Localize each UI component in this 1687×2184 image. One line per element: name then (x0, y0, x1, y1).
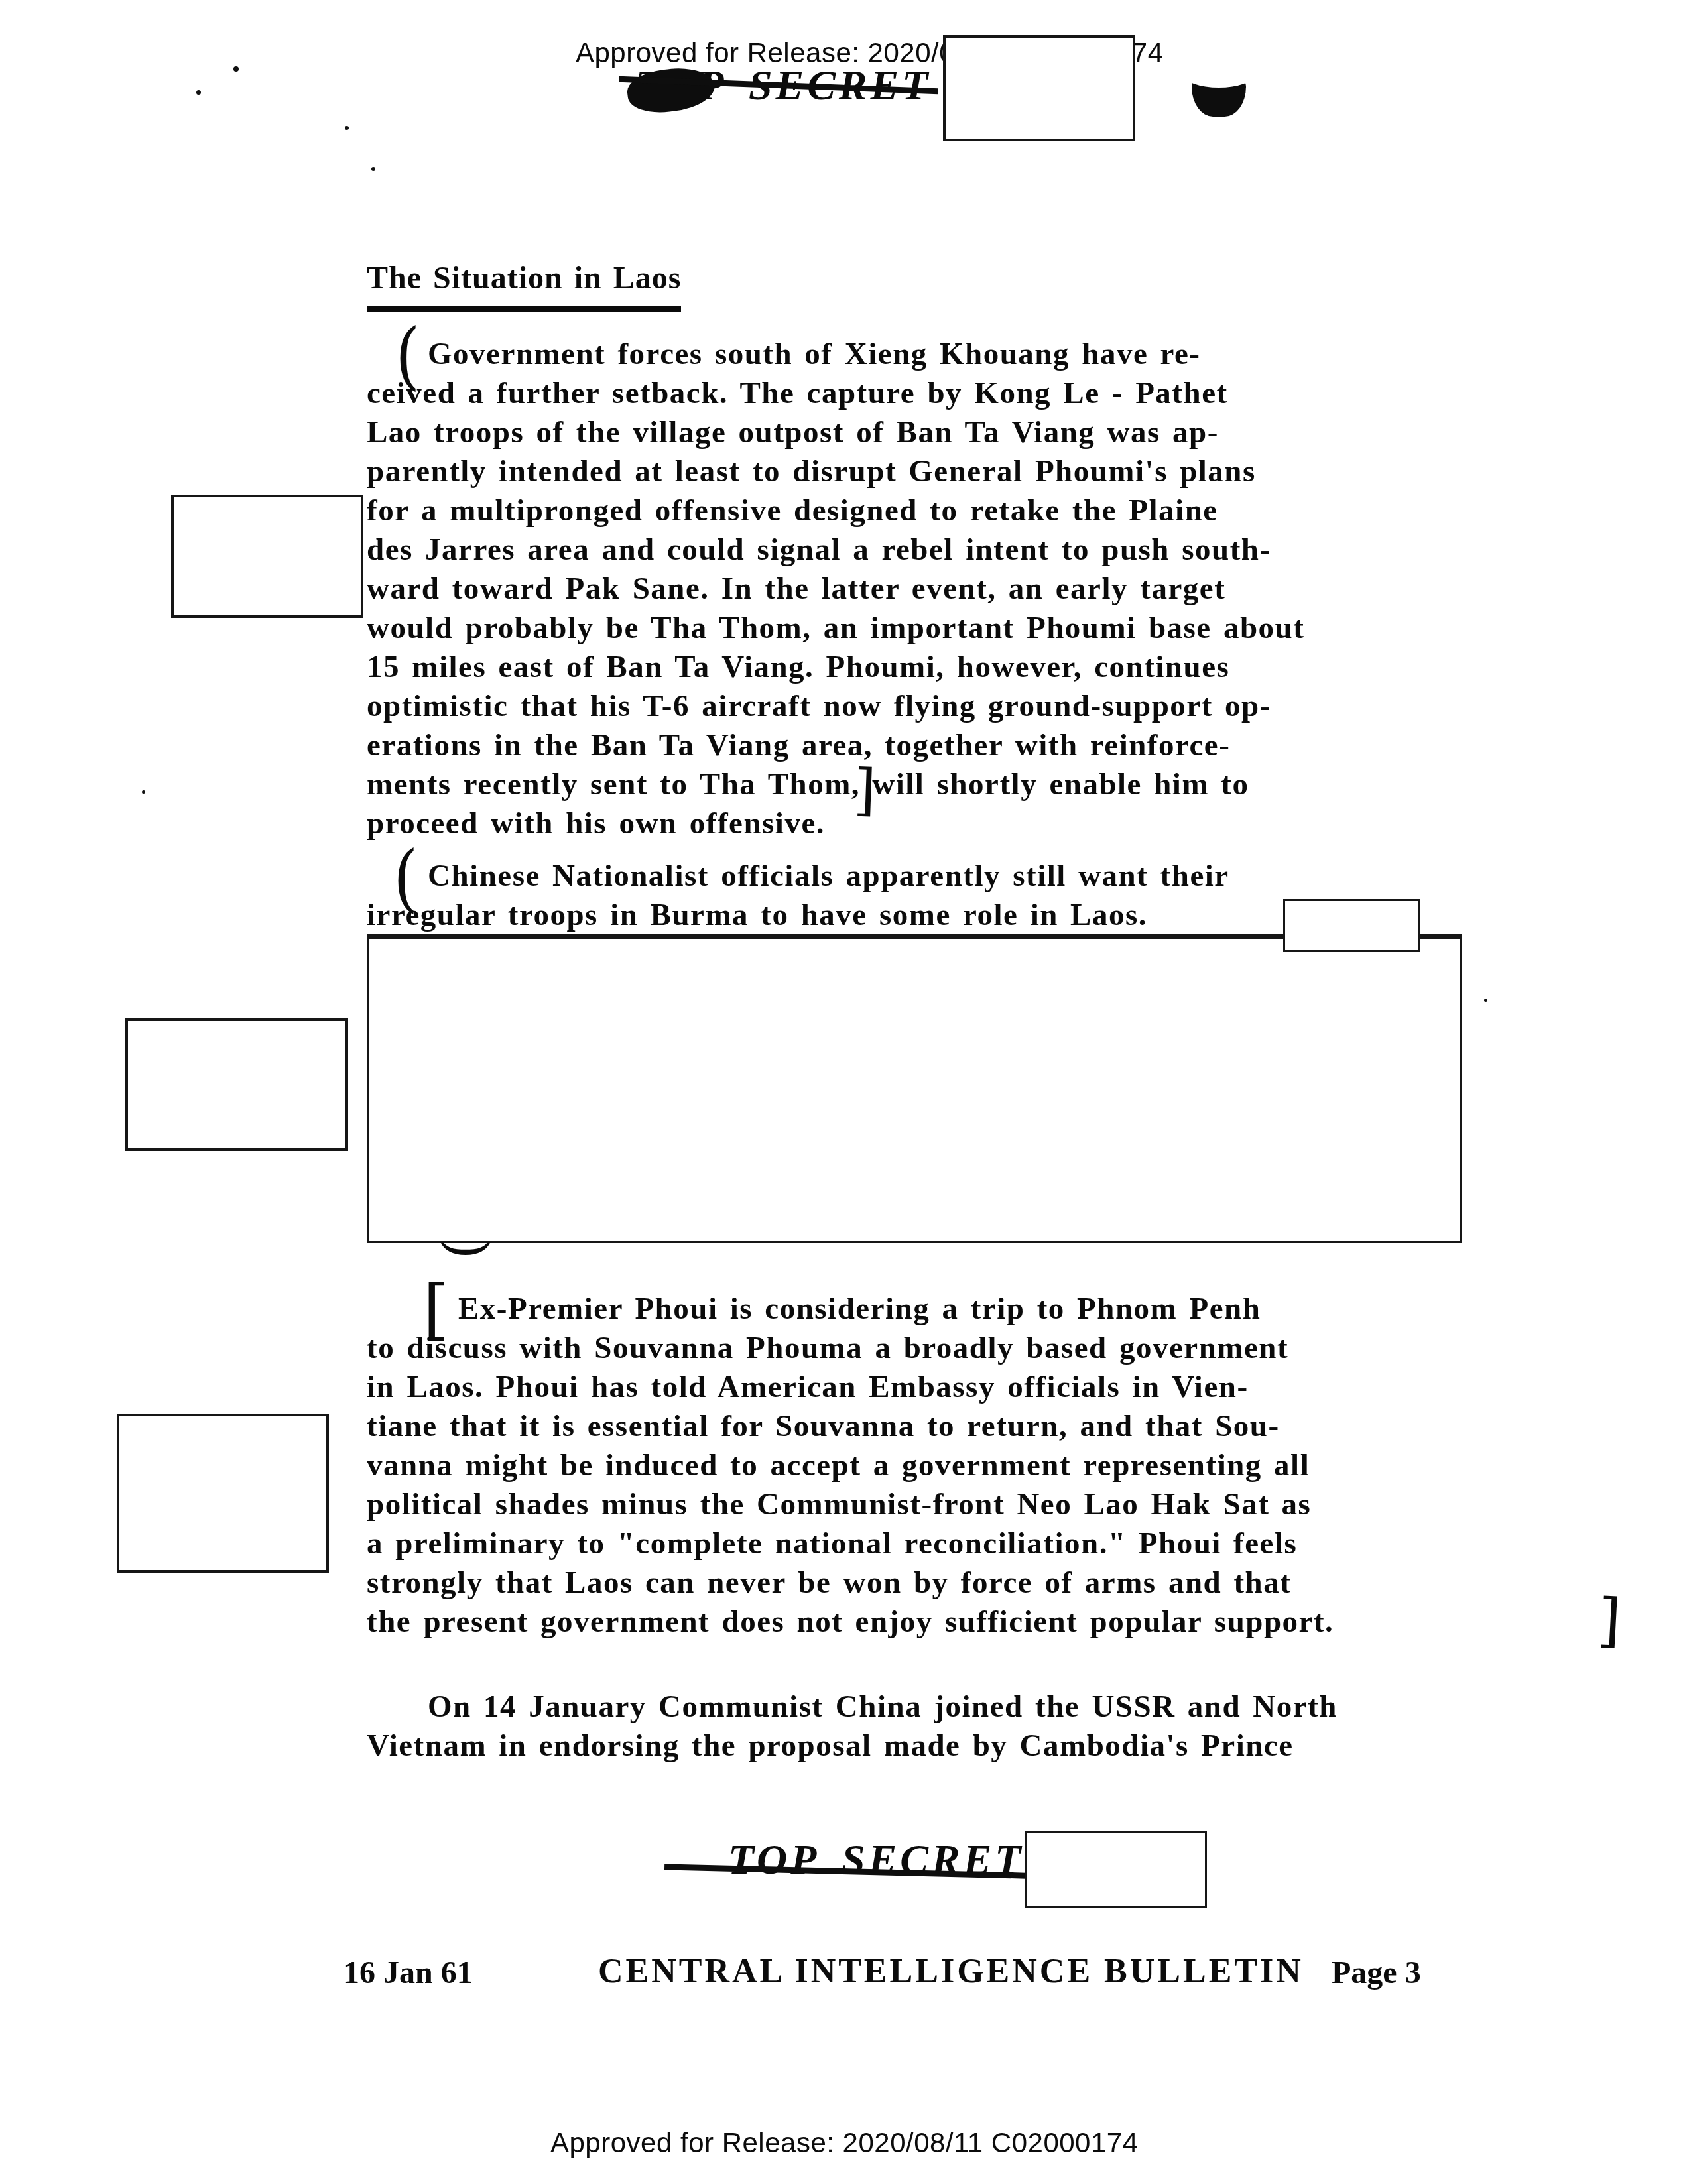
scan-artifact-dot (196, 90, 201, 95)
body-line: ceived a further setback. The capture by… (367, 374, 1304, 413)
footer-page-number: Page 3 (1332, 1955, 1421, 1991)
body-line: to discuss with Souvanna Phouma a broadl… (367, 1329, 1334, 1368)
body-line: 15 miles east of Ban Ta Viang. Phoumi, h… (367, 648, 1304, 687)
redaction-box-top-right (943, 35, 1135, 141)
body-line: vanna might be induced to accept a gover… (367, 1446, 1334, 1485)
body-line: Chinese Nationalist officials apparently… (367, 857, 1229, 896)
body-line: proceed with his own offensive. (367, 804, 1304, 843)
body-line: des Jarres area and could signal a rebel… (367, 530, 1304, 570)
body-line-underlined: irregular troops in Burma to have some r… (367, 896, 1229, 935)
body-line: Vietnam in endorsing the proposal made b… (367, 1727, 1338, 1766)
scan-artifact-dot (1484, 999, 1487, 1002)
redaction-box-small-right (1283, 899, 1420, 952)
body-line: ments recently sent to Tha Thom, will sh… (367, 765, 1304, 804)
body-line: On 14 January Communist China joined the… (367, 1687, 1338, 1727)
handwritten-open-bracket: [ (423, 1270, 449, 1348)
body-line: Lao troops of the village outpost of Ban… (367, 413, 1304, 452)
footer-publication-title: CENTRAL INTELLIGENCE BULLETIN (598, 1952, 1304, 1991)
handwritten-close-bracket: ] (1596, 1585, 1623, 1655)
redaction-box-bottom (1025, 1831, 1207, 1908)
footer-date: 16 Jan 61 (344, 1955, 473, 1991)
scan-artifact-dot (142, 790, 145, 794)
redaction-box-large (367, 934, 1462, 1243)
redaction-box-margin-2 (125, 1018, 348, 1151)
crescent-ink-mark (1192, 78, 1246, 117)
paragraph-1: Government forces south of Xieng Khouang… (367, 335, 1304, 843)
scan-artifact-dot (345, 126, 349, 130)
body-line: Government forces south of Xieng Khouang… (367, 335, 1304, 374)
body-line: strongly that Laos can never be won by f… (367, 1563, 1334, 1603)
paragraph-4: On 14 January Communist China joined the… (367, 1687, 1338, 1766)
body-line: would probably be Tha Thom, an important… (367, 609, 1304, 648)
body-line: for a multipronged offensive designed to… (367, 491, 1304, 530)
handwritten-open-paren: ( (395, 313, 420, 398)
body-line: in Laos. Phoui has told American Embassy… (367, 1368, 1334, 1407)
scan-artifact-dot (371, 167, 375, 171)
bottom-approved-release-line: Approved for Release: 2020/08/11 C020001… (550, 2127, 1139, 2159)
body-line: parently intended at least to disrupt Ge… (367, 452, 1304, 491)
body-line: optimistic that his T-6 aircraft now fly… (367, 687, 1304, 726)
paragraph-2: Chinese Nationalist officials apparently… (367, 857, 1229, 935)
body-line: Ex-Premier Phoui is considering a trip t… (367, 1290, 1334, 1329)
body-line: political shades minus the Communist-fro… (367, 1485, 1334, 1524)
body-line: the present government does not enjoy su… (367, 1603, 1334, 1642)
document-title: The Situation in Laos (367, 260, 681, 312)
scan-artifact-dot (233, 66, 239, 72)
body-line: tiane that it is essential for Souvanna … (367, 1407, 1334, 1446)
handwritten-close-bracket: ] (853, 757, 877, 822)
body-line: ward toward Pak Sane. In the latter even… (367, 570, 1304, 609)
body-line: a preliminary to "complete national reco… (367, 1524, 1334, 1563)
scanned-document-page: Approved for Release: 2020/08/11 C020001… (0, 0, 1687, 2184)
redaction-box-margin-3 (117, 1414, 329, 1573)
handwritten-brace-mark: ) (436, 1239, 499, 1260)
redaction-box-margin-1 (171, 495, 363, 618)
handwritten-open-paren: ( (393, 835, 418, 921)
body-line: erations in the Ban Ta Viang area, toget… (367, 726, 1304, 765)
paragraph-3: Ex-Premier Phoui is considering a trip t… (367, 1290, 1334, 1642)
